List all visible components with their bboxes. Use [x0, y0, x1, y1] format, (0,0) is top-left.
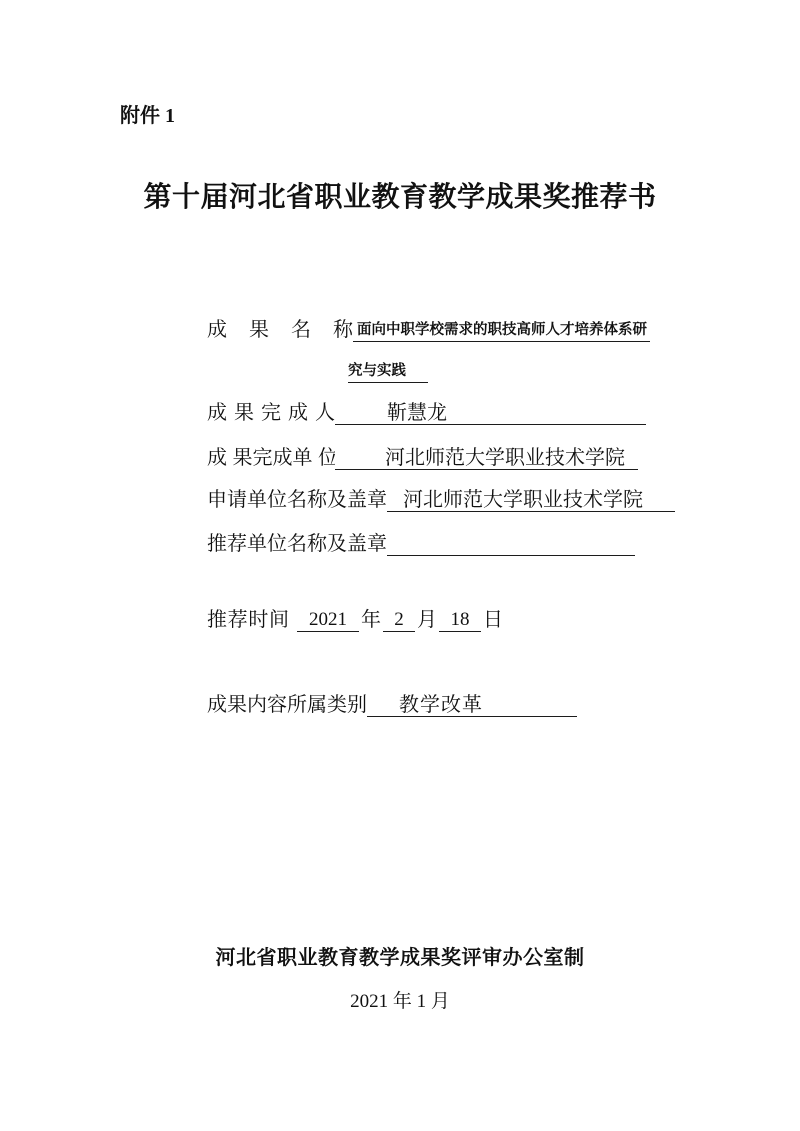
achievement-name-value-line1[interactable]: 面向中职学校需求的职技高师人才培养体系研 [353, 318, 650, 342]
field-row-recommend-date: 推荐时间 2021 年 2 月 18 日 [207, 608, 503, 632]
year-unit-label: 年 [361, 608, 381, 632]
field-row-achievement-category: 成果内容所属类别 教学改革 [207, 693, 577, 717]
recommending-unit-blank[interactable] [387, 532, 635, 556]
recommend-date-label: 推荐时间 [207, 608, 289, 632]
achievement-completer-label: 成 果 完 成 人 [207, 401, 335, 425]
completing-unit-label: 成 果完成单 位 [207, 446, 335, 470]
achievement-name-value-line2[interactable]: 究与实践 [348, 359, 428, 383]
recommend-year-value[interactable]: 2021 [297, 608, 359, 632]
document-page: 附件 1 第十届河北省职业教育教学成果奖推荐书 成 果 名 称 面向中职学校需求… [0, 0, 800, 1131]
recommend-day-value[interactable]: 18 [439, 608, 481, 632]
field-row-completing-unit: 成 果完成单 位 河北师范大学职业技术学院 [207, 446, 638, 470]
achievement-name-label: 成 果 名 称 [207, 318, 353, 342]
issuing-office-line: 河北省职业教育教学成果奖评审办公室制 [0, 945, 800, 971]
achievement-completer-value[interactable]: 靳慧龙 [335, 401, 646, 425]
field-row-recommending-unit: 推荐单位名称及盖章 [207, 532, 635, 556]
field-row-applicant-unit: 申请单位名称及盖章 河北师范大学职业技术学院 [207, 488, 675, 512]
issue-date-line: 2021 年 1 月 [0, 990, 800, 1014]
applicant-unit-label: 申请单位名称及盖章 [207, 488, 387, 512]
document-title: 第十届河北省职业教育教学成果奖推荐书 [0, 180, 800, 216]
achievement-category-label: 成果内容所属类别 [207, 693, 367, 717]
field-row-achievement-name-continued: 究与实践 [348, 359, 428, 383]
day-unit-label: 日 [483, 608, 503, 632]
month-unit-label: 月 [417, 608, 437, 632]
applicant-unit-value[interactable]: 河北师范大学职业技术学院 [387, 488, 675, 512]
field-row-achievement-completer: 成 果 完 成 人 靳慧龙 [207, 401, 646, 425]
field-row-achievement-name: 成 果 名 称 面向中职学校需求的职技高师人才培养体系研 [207, 318, 650, 342]
achievement-category-value[interactable]: 教学改革 [367, 693, 577, 717]
recommend-month-value[interactable]: 2 [383, 608, 415, 632]
recommending-unit-label: 推荐单位名称及盖章 [207, 532, 387, 556]
completing-unit-value[interactable]: 河北师范大学职业技术学院 [335, 446, 638, 470]
attachment-label: 附件 1 [120, 104, 175, 128]
